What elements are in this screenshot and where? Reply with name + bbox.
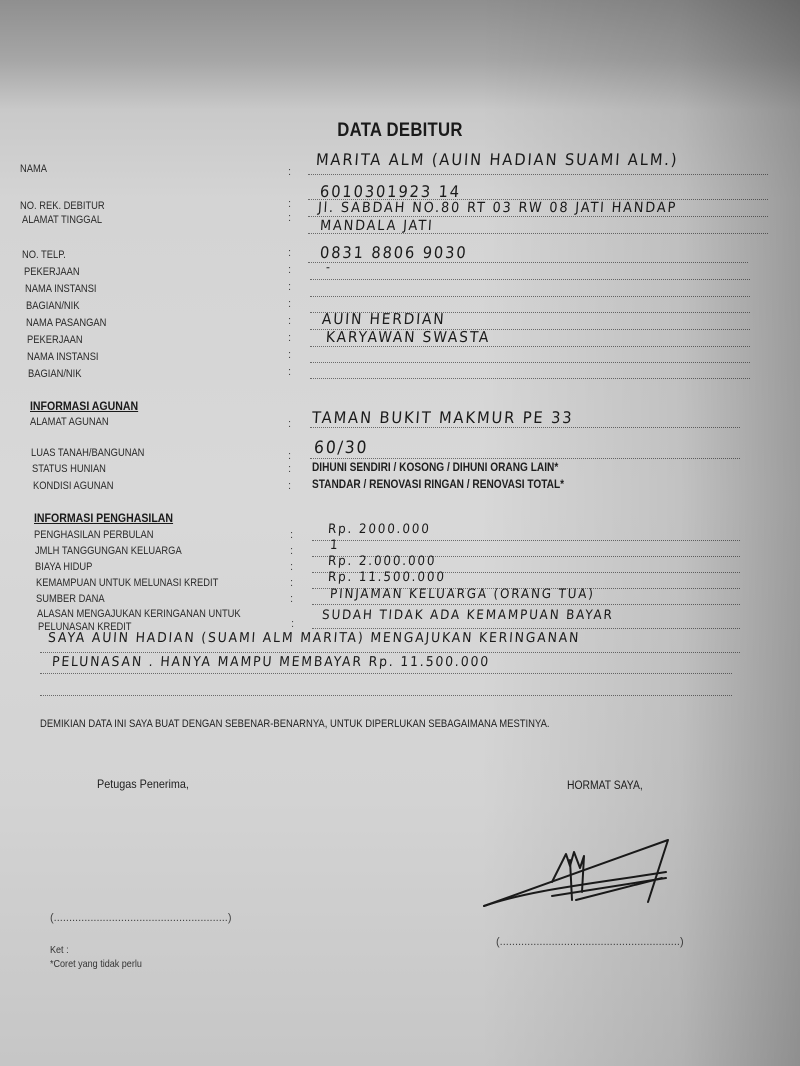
dotted-line <box>310 458 740 459</box>
field-value-nama-pasangan: AUIN HERDIAN <box>321 310 446 328</box>
field-label-alamat: ALAMAT TINGGAL <box>22 214 102 226</box>
colon: : <box>288 463 291 475</box>
field-value-alasan: SUDAH TIDAK ADA KEMAMPUAN BAYAR <box>322 608 615 623</box>
signature-line-officer: (.......................................… <box>50 912 232 924</box>
signature-line-debtor: (.......................................… <box>496 936 684 948</box>
field-value-kemampuan: Rp. 11.500.000 <box>328 570 447 585</box>
colon: : <box>288 418 291 430</box>
signature-caption-debtor: HORMAT SAYA, <box>567 780 643 792</box>
document-page: DATA DEBITUR NAMA : MARITA ALM (AUIN HAD… <box>0 0 800 1066</box>
colon: : <box>288 366 291 378</box>
dotted-line <box>310 378 750 379</box>
colon: : <box>290 545 293 557</box>
colon: : <box>290 561 293 573</box>
field-label-pekerjaan-pasangan: PEKERJAAN <box>27 334 83 346</box>
field-value-kondisi-agunan: STANDAR / RENOVASI RINGAN / RENOVASI TOT… <box>312 479 564 491</box>
field-value-pekerjaan-pasangan: KARYAWAN SWASTA <box>325 328 490 346</box>
dotted-line <box>40 695 732 696</box>
dotted-line <box>40 673 732 674</box>
document-title: DATA DEBITUR <box>48 120 752 142</box>
colon: : <box>288 212 291 224</box>
declaration-statement: DEMIKIAN DATA INI SAYA BUAT DENGAN SEBEN… <box>40 718 550 730</box>
field-value-alamat-line2: MANDALA JATI <box>319 218 434 234</box>
field-label-luas: LUAS TANAH/BANGUNAN <box>31 447 144 459</box>
field-value-tanggungan: 1 <box>330 538 340 553</box>
remarks-line-2: PELUNASAN . HANYA MAMPU MEMBAYAR Rp. 11.… <box>51 654 490 670</box>
field-label-kondisi-agunan: KONDISI AGUNAN <box>33 480 114 492</box>
colon: : <box>288 198 291 210</box>
field-label-nama-instansi-pasangan: NAMA INSTANSI <box>27 351 99 363</box>
field-value-biaya-hidup: Rp. 2.000.000 <box>328 554 437 569</box>
colon: : <box>288 332 291 344</box>
field-label-bagian-nik-pasangan: BAGIAN/NIK <box>28 368 82 380</box>
field-label-bagian-nik: BAGIAN/NIK <box>26 300 80 312</box>
colon: : <box>288 450 291 462</box>
colon: : <box>290 529 293 541</box>
dotted-line <box>312 540 740 541</box>
dotted-line <box>312 628 740 629</box>
field-label-nama: NAMA <box>20 163 47 175</box>
field-label-pekerjaan: PEKERJAAN <box>24 266 80 278</box>
field-label-kemampuan: KEMAMPUAN UNTUK MELUNASI KREDIT <box>36 577 218 589</box>
field-label-biaya-hidup: BIAYA HIDUP <box>35 561 92 573</box>
field-value-nama: MARITA ALM (AUIN HADIAN SUAMI ALM.) <box>315 150 679 169</box>
dotted-line <box>308 262 748 263</box>
dotted-line <box>40 652 740 653</box>
colon: : <box>288 349 291 361</box>
field-label-nama-pasangan: NAMA PASANGAN <box>26 317 106 329</box>
colon: : <box>288 281 291 293</box>
dotted-line <box>310 362 750 363</box>
section-heading-penghasilan: INFORMASI PENGHASILAN <box>34 511 173 525</box>
dotted-line <box>312 604 740 605</box>
field-label-telp: NO. TELP. <box>22 249 66 261</box>
field-value-status-hunian: DIHUNI SENDIRI / KOSONG / DIHUNI ORANG L… <box>312 462 558 474</box>
field-value-sumber-dana: PINJAMAN KELUARGA (ORANG TUA) <box>330 587 596 602</box>
signature-caption-officer: Petugas Penerima, <box>97 777 189 791</box>
dotted-line <box>310 346 750 347</box>
dotted-line <box>310 296 750 297</box>
colon: : <box>288 247 291 259</box>
dotted-line <box>308 216 768 217</box>
note-text: *Coret yang tidak perlu <box>50 958 142 970</box>
colon: : <box>290 577 293 589</box>
field-value-telp: 0831 8806 9030 <box>319 243 468 262</box>
section-heading-agunan: INFORMASI AGUNAN <box>30 399 138 413</box>
field-label-alamat-agunan: ALAMAT AGUNAN <box>30 416 109 428</box>
field-label-sumber-dana: SUMBER DANA <box>36 593 105 605</box>
field-label-nama-instansi: NAMA INSTANSI <box>25 283 97 295</box>
field-label-penghasilan: PENGHASILAN PERBULAN <box>34 529 154 541</box>
remarks-line-1: SAYA AUIN HADIAN (SUAMI ALM MARITA) MENG… <box>47 630 580 646</box>
note-heading: Ket : <box>50 944 69 956</box>
colon: : <box>288 166 291 178</box>
field-value-pekerjaan: - <box>326 260 333 274</box>
signature-icon <box>470 830 690 930</box>
field-label-alasan: ALASAN MENGAJUKAN KERINGANAN UNTUK <box>37 608 241 620</box>
colon: : <box>288 315 291 327</box>
dotted-line <box>308 233 768 234</box>
colon: : <box>288 264 291 276</box>
colon: : <box>288 480 291 492</box>
colon: : <box>290 593 293 605</box>
field-value-penghasilan: Rp. 2000.000 <box>328 522 432 537</box>
field-value-luas: 60/30 <box>313 438 369 458</box>
dotted-line <box>310 279 750 280</box>
field-label-no-rek: NO. REK. DEBITUR <box>20 200 105 212</box>
dotted-line <box>308 174 768 175</box>
field-label-status-hunian: STATUS HUNIAN <box>32 463 106 475</box>
dotted-line <box>310 427 740 428</box>
field-value-alamat-agunan: TAMAN BUKIT MAKMUR PE 33 <box>311 408 574 427</box>
colon: : <box>291 618 294 630</box>
field-value-alamat: Jl. SABDAH NO.80 RT 03 RW 08 JATI HANDAP <box>317 200 677 216</box>
colon: : <box>288 298 291 310</box>
field-label-tanggungan: JMLH TANGGUNGAN KELUARGA <box>35 545 182 557</box>
